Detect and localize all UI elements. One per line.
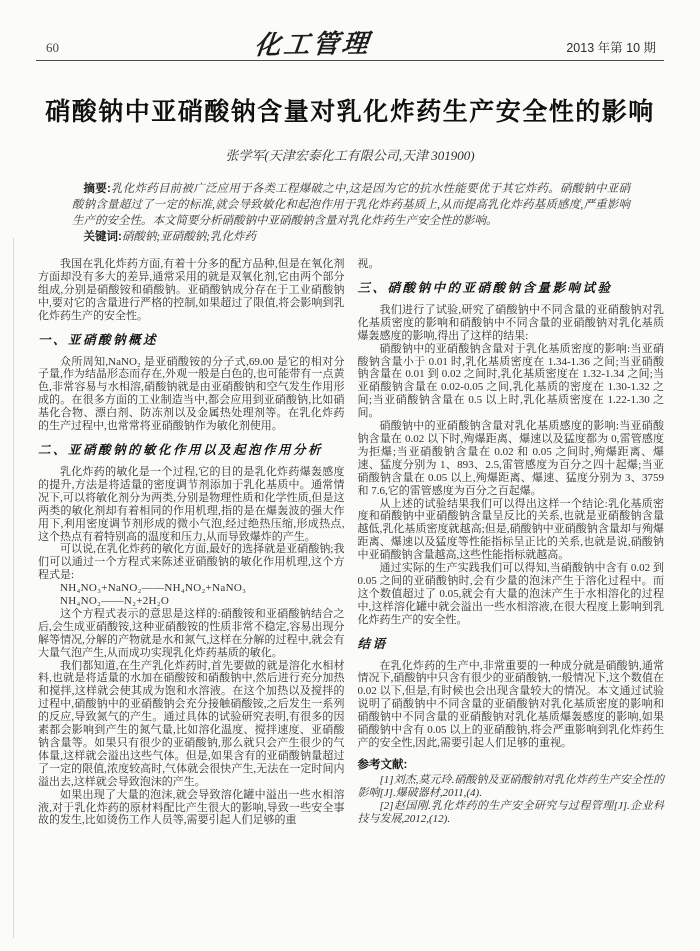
section-3-paragraph-2: 硝酸钠中的亚硝酸钠含量对于乳化基质密度的影响:当亚硝酸钠含量小于 0.01 时,… [358,343,665,420]
keywords-text: 硝酸钠;亚硝酸钠;乳化炸药 [122,231,256,243]
intro-paragraph: 我国在乳化炸药方面,有着十分多的配方品种,但是在氧化剂方面却没有多大的差异,通常… [38,258,345,323]
keywords-label: 关键词: [84,231,122,243]
reference-1: [1]刘杰,莫元玲.硝酸钠及亚硝酸钠对乳化炸药生产安全性的影响[J].爆破器材,… [358,774,665,800]
abstract-block: 摘要:乳化炸药目前被广泛应用于各类工程爆破之中,这是因为它的抗水性能要优于其它炸… [72,181,630,245]
reference-2: [2]赵国刚.乳化炸药的生产安全研究与过程管理[J].企业科技与发展,2012,… [358,800,665,826]
conclusion-paragraph: 在乳化炸药的生产中,非常重要的一种成分就是硝酸钠,通常情况下,硝酸钠中只含有很少… [358,660,665,750]
right-column: 视。 三、硝酸钠中的亚硝酸钠含量影响试验 我们进行了试验,研究了硝酸钠中不同含量… [358,258,665,827]
section-3-heading: 三、硝酸钠中的亚硝酸钠含量影响试验 [358,281,665,295]
section-2-paragraph-5: 如果出现了大量的泡沫,就会导致溶化罐中溢出一些水相溶液,对于乳化炸药的原材料配比… [38,789,345,828]
abstract-text: 乳化炸药目前被广泛应用于各类工程爆破之中,这是因为它的抗水性能要优于其它炸药。硝… [72,183,630,227]
keywords-line: 关键词:硝酸钠;亚硝酸钠;乳化炸药 [72,229,630,245]
section-2-paragraph-4: 我们都知道,在生产乳化炸药时,首先要做的就是溶化水相材料,也就是将适量的水加在硝… [38,660,345,789]
continued-paragraph: 视。 [358,258,665,271]
journal-page: 60 化工管理 2013 年第 10 期 硝酸钠中亚硝酸钠含量对乳化炸药生产安全… [0,0,700,951]
article-title: 硝酸钠中亚硝酸钠含量对乳化炸药生产安全性的影响 [30,98,670,128]
section-2-paragraph-1: 乳化炸药的敏化是一个过程,它的目的是乳化炸药爆轰感度的提升,方法是将适量的密度调… [38,466,345,543]
chemical-equation-1: NH₄NO₃+NaNO₂——NH₄NO₂+NaNO₃ [38,582,345,595]
journal-logo: 化工管理 [253,23,373,62]
abstract-label: 摘要: [84,183,111,195]
page-header: 60 化工管理 2013 年第 10 期 [0,0,700,56]
left-column: 我国在乳化炸药方面,有着十分多的配方品种,但是在氧化剂方面却没有多大的差异,通常… [38,258,345,827]
conclusion-heading: 结语 [358,637,665,651]
scan-edge-line [13,238,14,938]
section-2-heading: 二、亚硝酸钠的敏化作用以及起泡作用分析 [38,443,345,457]
section-3-paragraph-4: 从上述的试验结果我们可以得出这样一个结论:乳化基质密度和硝酸钠中亚硝酸钠含量呈反… [358,498,665,563]
section-1-heading: 一、亚硝酸钠概述 [38,333,345,347]
chemical-equation-2: NH₄NO₂——N₂+2H₂O [38,595,345,608]
issue-label: 2013 年第 10 期 [566,38,656,56]
page-number: 60 [46,40,59,56]
section-3-paragraph-1: 我们进行了试验,研究了硝酸钠中不同含量的亚硝酸钠对乳化基质密度的影响和硝酸钠中不… [358,304,665,343]
abstract-paragraph: 摘要:乳化炸药目前被广泛应用于各类工程爆破之中,这是因为它的抗水性能要优于其它炸… [72,181,630,229]
section-3-paragraph-3: 硝酸钠中的亚硝酸钠含量对乳化基质感度的影响:当亚硝酸钠含量在 0.02 以下时,… [358,420,665,497]
references-heading: 参考文献: [358,758,665,772]
section-2-paragraph-2: 可以说,在乳化炸药的敏化方面,最好的选择就是亚硝酸钠;我们可以通过一个方程式来陈… [38,543,345,582]
author-line: 张学军(天津宏泰化工有限公司,天津 301900) [0,145,700,164]
section-3-paragraph-5: 通过实际的生产实践我们可以得知,当硝酸钠中含有 0.02 到 0.05 之间的亚… [358,562,665,627]
section-1-paragraph: 众所周知,NaNO₂ 是亚硝酸铵的分子式,69.00 是它的相对分子量,作为结晶… [38,356,345,433]
section-2-paragraph-3: 这个方程式表示的意思是这样的:硝酸铵和亚硝酸钠结合之后,会生成亚硝酸铵,这种亚硝… [38,608,345,660]
body-columns: 我国在乳化炸药方面,有着十分多的配方品种,但是在氧化剂方面却没有多大的差异,通常… [0,245,700,827]
